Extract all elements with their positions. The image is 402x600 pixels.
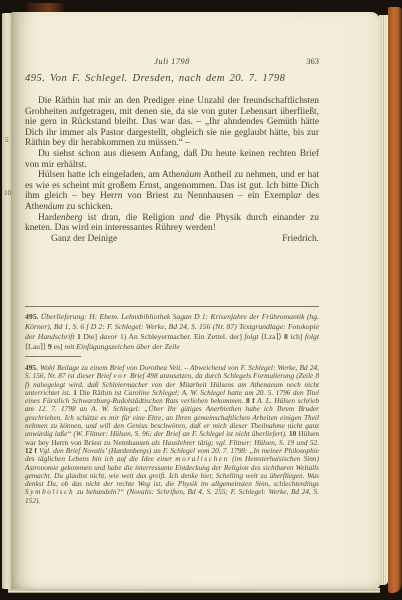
book-cover-top-edge xyxy=(26,3,64,12)
running-header: Juli 1798 363 xyxy=(25,56,319,68)
letter-paragraph: Die Räthin hat mir an den Prediger eine … xyxy=(25,96,319,149)
editorial-commentary: 495. Wohl Beilage zu einem Brief von Dor… xyxy=(25,364,319,505)
margin-line-number-10: 10 xyxy=(4,189,16,197)
letter-body: Die Räthin hat mir an den Prediger eine … xyxy=(25,96,319,244)
page-number: 363 xyxy=(306,56,319,66)
valediction: Ganz der Deinige xyxy=(25,234,117,245)
signature: Friedrich. xyxy=(269,234,319,245)
letter-paragraph: Hülsen hatte ich eingeladen, am Athenäum… xyxy=(25,170,319,212)
divider-rule-short xyxy=(25,356,81,357)
margin-line-number-5: 5 xyxy=(5,136,17,144)
letter-heading: 495. Von F. Schlegel. Dresden, nach dem … xyxy=(25,73,345,84)
book-cover xyxy=(388,7,402,593)
book-photo: Juli 1798 363 495. Von F. Schlegel. Dres… xyxy=(0,0,402,600)
letter-closing: Ganz der Deinige Friedrich. xyxy=(25,234,319,245)
running-head-date: Juli 1798 xyxy=(25,56,319,66)
divider-rule xyxy=(25,306,319,307)
critical-apparatus: 495. Überlieferung: H: Ehem. Lehnsbiblio… xyxy=(25,312,319,352)
book-page: Juli 1798 363 495. Von F. Schlegel. Dres… xyxy=(11,12,380,589)
letter-paragraph: Hardenberg ist dran, die Religion und di… xyxy=(25,213,319,234)
letter-paragraph: Du siehst schon aus diesem Anfang, daß D… xyxy=(25,149,319,170)
page-stack-edge-right xyxy=(379,15,388,585)
